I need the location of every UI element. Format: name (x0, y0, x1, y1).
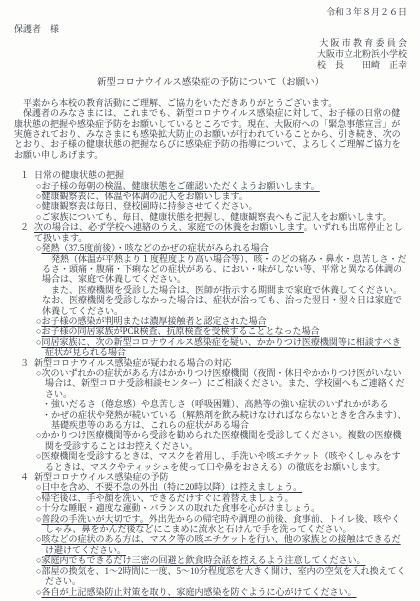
text-segment: お子様の感染が判明または濃厚接触者と認定された場合 (41, 316, 266, 326)
intro-paragraph: 平素から本校の教育活動にご理解、ご協力をいただきありがとうございます。 (14, 98, 407, 108)
list-item: ○次のいずれかの症状がある方はかかりつけ医療機関（夜間・休日やかかりつけ医がいな… (45, 368, 407, 399)
text-segment: ご家族についても、毎日、健康状態を把握し、健康観察表へもご記入をお願いします。 (41, 212, 391, 222)
document-date: 令和３年８月２６日 (14, 7, 407, 17)
text-segment: 健康観察表に、体温や体調の記入をお願いします。 (41, 191, 247, 201)
list-item: ○咳などの症状のある方は、マスク等の咳エチケットを行い、他の家族との接触はできる… (45, 534, 407, 555)
text-segment: 普段の手洗いが大切です。 (41, 514, 148, 524)
list-item: ・かぜの症状や発熱が続いている（解熱剤を飲み続けなければならないときを含みます）… (51, 410, 407, 431)
text-segment: 新型コロナウイルス感染症が疑われる場合の対応 (34, 358, 231, 368)
list-item: ○同居家族に、次の新型コロナウイルス感染症を疑い、かかりつけ医療機関等に相談すべ… (45, 337, 407, 358)
section-heading: １日常の健康状態の把握 (20, 170, 407, 180)
text-segment: 十分な睡眠・適度な運動・バランスの取れた食事を心がけましょう。 (41, 503, 320, 513)
section-heading: ２次の場合は、必ず学校へ連絡のうえ、家庭での休養をお願いします。いずれも出席停止… (20, 222, 407, 243)
list-item: ○お子様の感染が判明または濃厚接触者と認定された場合 (45, 316, 407, 326)
list-item: また、医療機関を受診した場合は、医師が指示する期間まで家庭で休養してください。な… (42, 285, 407, 316)
list-item: ○お子様の同居家族がPCR検査、抗原検査を受検することとなった場合 (45, 326, 407, 336)
text-segment: 日中を含め、不要不急の外出（特に20時以降）は控えましょう。 (41, 482, 302, 492)
section: ４新型コロナウイルス感染症の予防○日中を含め、不要不急の外出（特に20時以降）は… (14, 472, 407, 597)
section-number: ４ (20, 472, 29, 482)
section-number: １ (20, 170, 29, 180)
intro-paragraphs: 平素から本校の教育活動にご理解、ご協力をいただきありがとうございます。 保護者の… (14, 98, 407, 160)
text-segment: 咳などの症状のある方は、マスク等の咳エチケットを行い、他の家族との接触はできるだ… (41, 534, 400, 554)
list-item: ○帰宅後は、手や顔を洗い、できるだけすぐに着替えましょう。 (45, 493, 407, 503)
section: ３新型コロナウイルス感染症が疑われる場合の対応○次のいずれかの症状がある方はかか… (14, 358, 407, 472)
text-segment: また、医療機関を受診した場合は、医師が指示する期間まで家庭で休養してください。な… (42, 285, 402, 316)
text-segment: 発熱（体温が平熱より１度程度より高い場合等）、咳・のどの痛み・鼻水・息苦しさ・だ… (42, 254, 407, 285)
list-item: ・強いだるさ（倦怠感）や息苦しさ（呼吸困難）、高熱等の強い症状のいずれかがある (51, 399, 407, 409)
intro-paragraph: 保護者のみなさまには、これまでも、新型コロナウイルス感染症に対して、お子様の日常… (14, 108, 407, 160)
text-segment: 帰宅後は、手や顔を洗い、できるだけすぐに着替えましょう。 (41, 493, 293, 503)
text-segment: 同居家族に、次の新型コロナウイルス感染症を疑い、かかりつけ医療機関等に相談すべき… (41, 337, 400, 357)
list-item: ○医療機関を受診するときは、マスクを着用し、手洗いや咳エチケット（咳やくしゃみを… (45, 451, 407, 472)
section-number: ３ (20, 358, 29, 368)
text-segment: 次のいずれかの症状がある方はかかりつけ医療機関（夜間・休日やかかりつけ医がいない… (41, 368, 404, 399)
text-segment: 発熱（37.5度前後）・咳などのかぜの症状がみられる場合 (41, 243, 268, 253)
list-item: ○ご家族についても、毎日、健康状態を把握し、健康観察表へもご記入をお願いします。 (45, 212, 407, 222)
text-segment: お子様の毎朝の検温、健康状態をご確認いただくようお願いします。 (41, 181, 319, 191)
text-segment: 強いだるさ（倦怠感）や息苦しさ（呼吸困難）、高熱等の強い症状のいずれかがある (51, 399, 389, 409)
section-heading: ４新型コロナウイルス感染症の予防 (20, 472, 407, 482)
sender-block: 大 阪 市 教 育 委 員 会 大阪市立北粉浜小学校 校 長 田崎 正幸 (14, 38, 407, 72)
dash-marker: ・ (42, 410, 51, 420)
list-item: ○日中を含め、不要不急の外出（特に20時以降）は控えましょう。 (45, 482, 407, 492)
text-segment: 各自が上記感染防止対策を取り、家庭内感染を防ぐように心がけてください。 (41, 587, 356, 597)
list-item: ○十分な睡眠・適度な運動・バランスの取れた食事を心がけましょう。 (45, 503, 407, 513)
section-heading: ３新型コロナウイルス感染症が疑われる場合の対応 (20, 358, 407, 368)
text-segment: 医療機関を受診するときは、マスクを着用し、手洗いや咳エチケット（咳やくしゃみをす… (41, 451, 400, 471)
list-item: ○健康観察表は毎日、登校園時に持参させてください。 (45, 201, 407, 211)
sections-container: １日常の健康状態の把握○お子様の毎朝の検温、健康状態をご確認いただくようお願いし… (14, 170, 407, 597)
text-segment: お子様の同居家族がPCR検査、抗原検査を受検することとなった場合 (41, 326, 319, 336)
text-segment: 次の場合は、必ず学校へ連絡のうえ、家庭での休養をお願いします (34, 222, 304, 232)
sender-principal: 校 長 田崎 正幸 (14, 60, 407, 71)
recipient-line: 保護者 様 (14, 24, 407, 34)
list-item: ○家庭内でもできるだけ三密の回避と飲食時会話を控えるよう注意してください。 (45, 555, 407, 565)
sender-organization: 大 阪 市 教 育 委 員 会 (14, 38, 407, 49)
list-item: ○部屋の換気を、1～2時間に一度、5～10分程度窓を大きく開け、室内の空気を入れ… (45, 566, 407, 587)
list-item: ○普段の手洗いが大切です。外出先からの帰宅時や調理の前後、食事前、トイレ後、咳や… (45, 514, 407, 535)
section-number: ２ (20, 222, 29, 232)
sender-school: 大阪市立北粉浜小学校 (14, 49, 407, 60)
text-segment: 家庭内でもできるだけ三密の回避と飲食時会話を控えるよう注意してください。 (41, 555, 365, 565)
list-item: ○かかりつけ医療機関等から受診を勧められた医療機関を受診してください。複数の医療… (45, 430, 407, 451)
section: ２次の場合は、必ず学校へ連絡のうえ、家庭での休養をお願いします。いずれも出席停止… (14, 222, 407, 357)
text-segment: かぜの症状や発熱が続いている（解熱剤を飲み続けなければならないときを含みます）、… (51, 410, 407, 430)
list-item: ○発熱（37.5度前後）・咳などのかぜの症状がみられる場合 (45, 243, 407, 253)
dash-marker: ・ (42, 399, 51, 409)
list-item: ○お子様の毎朝の検温、健康状態をご確認いただくようお願いします。 (45, 181, 407, 191)
document-title: 新型コロナウイルス感染症の予防について（お願い） (14, 78, 407, 88)
list-item: 発熱（体温が平熱より１度程度より高い場合等）、咳・のどの痛み・鼻水・息苦しさ・だ… (42, 254, 407, 285)
text-segment: 部屋の換気を、1～2時間に一度、5～10分程度窓を大きく開け、室内の空気を入れ換… (41, 566, 405, 586)
text-segment: 日常の健康状態の把握 (34, 170, 124, 180)
list-item: ○各自が上記感染防止対策を取り、家庭内感染を防ぐように心がけてください。 (45, 587, 407, 597)
document-page: 令和３年８月２６日 保護者 様 大 阪 市 教 育 委 員 会 大阪市立北粉浜小… (0, 0, 420, 601)
text-segment: かかりつけ医療機関等から受診を勧められた医療機関を受診してください。複数の医療機… (41, 430, 401, 450)
text-segment: 健康観察表は毎日、登校園時に持参させてください。 (41, 201, 257, 211)
text-segment: 新型コロナウイルス感染症の予防 (34, 472, 168, 482)
list-item: ○健康観察表に、体温や体調の記入をお願いします。 (45, 191, 407, 201)
section: １日常の健康状態の把握○お子様の毎朝の検温、健康状態をご確認いただくようお願いし… (14, 170, 407, 222)
